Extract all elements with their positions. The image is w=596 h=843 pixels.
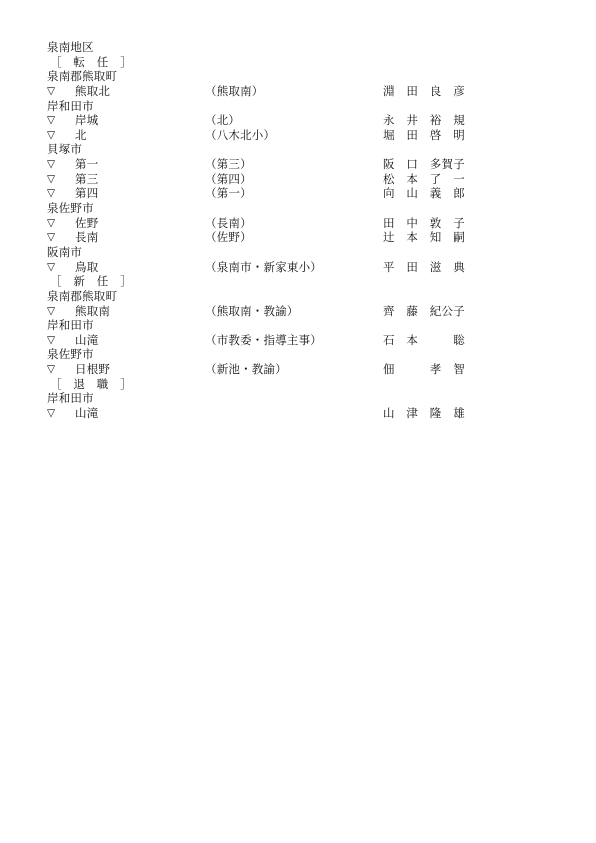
triangle-marker-icon: ▽ [47, 173, 55, 187]
section-heading: ［ 退 職 ］ [0, 378, 596, 393]
person-name: 松 本 了 一 [383, 173, 465, 187]
municipality-heading: 泉南地区 [0, 41, 596, 56]
triangle-marker-icon: ▽ [47, 129, 55, 143]
entry-row: ▽鳥取（泉南市・新家東小）平 田 滋 典 [0, 261, 596, 276]
person-name: 辻 本 知 嗣 [383, 231, 465, 245]
previous-post: （泉南市・新家東小） [205, 261, 322, 275]
previous-post: （第四） [205, 173, 252, 187]
entry-row: ▽北（八木北小）堀 田 啓 明 [0, 129, 596, 144]
section-heading: ［ 新 任 ］ [0, 275, 596, 290]
school-name: 第四 [75, 187, 98, 201]
previous-post: （佐野） [205, 231, 252, 245]
person-name: 齊 藤 紀公子 [383, 305, 465, 319]
previous-post: （第一） [205, 187, 252, 201]
person-name: 山 津 隆 雄 [383, 407, 465, 421]
school-name: 熊取北 [75, 85, 110, 99]
municipality-heading: 岸和田市 [0, 392, 596, 407]
entry-row: ▽山滝（市教委・指導主事）石 本 聡 [0, 334, 596, 349]
school-name: 日根野 [75, 363, 110, 377]
person-name: 堀 田 啓 明 [383, 129, 465, 143]
school-name: 山滝 [75, 407, 98, 421]
entry-row: ▽第三（第四）松 本 了 一 [0, 173, 596, 188]
entry-row: ▽第四（第一）向 山 義 郎 [0, 187, 596, 202]
triangle-marker-icon: ▽ [47, 158, 55, 172]
document-page: 泉南地区［ 転 任 ］泉南郡熊取町▽熊取北（熊取南）淵 田 良 彦岸和田市▽岸城… [0, 0, 596, 843]
person-name: 阪 口 多賀子 [383, 158, 465, 172]
person-name: 田 中 敦 子 [383, 217, 465, 231]
municipality-heading-label: 貝塚市 [47, 143, 82, 157]
municipality-heading: 阪南市 [0, 246, 596, 261]
municipality-heading: 岸和田市 [0, 319, 596, 334]
person-name: 向 山 義 郎 [383, 187, 465, 201]
municipality-heading-label: 泉南地区 [47, 41, 94, 55]
school-name: 山滝 [75, 334, 98, 348]
municipality-heading: 貝塚市 [0, 143, 596, 158]
municipality-heading: 泉佐野市 [0, 348, 596, 363]
previous-post: （新池・教諭） [205, 363, 287, 377]
triangle-marker-icon: ▽ [47, 231, 55, 245]
person-name: 佃 孝 智 [383, 363, 465, 377]
previous-post: （長南） [205, 217, 252, 231]
municipality-heading: 泉南郡熊取町 [0, 290, 596, 305]
school-name: 佐野 [75, 217, 98, 231]
municipality-heading-label: 泉南郡熊取町 [47, 290, 117, 304]
school-name: 岸城 [75, 114, 98, 128]
previous-post: （熊取南） [205, 85, 264, 99]
previous-post: （第三） [205, 158, 252, 172]
section-heading: ［ 転 任 ］ [0, 56, 596, 71]
personnel-change-list: 泉南地区［ 転 任 ］泉南郡熊取町▽熊取北（熊取南）淵 田 良 彦岸和田市▽岸城… [0, 41, 596, 422]
previous-post: （北） [205, 114, 240, 128]
triangle-marker-icon: ▽ [47, 187, 55, 201]
section-heading-label: ［ 退 職 ］ [50, 378, 132, 392]
triangle-marker-icon: ▽ [47, 85, 55, 99]
school-name: 長南 [75, 231, 98, 245]
triangle-marker-icon: ▽ [47, 334, 55, 348]
entry-row: ▽熊取南（熊取南・教諭）齊 藤 紀公子 [0, 305, 596, 320]
municipality-heading-label: 泉南郡熊取町 [47, 70, 117, 84]
school-name: 北 [75, 129, 87, 143]
municipality-heading: 泉南郡熊取町 [0, 70, 596, 85]
municipality-heading-label: 泉佐野市 [47, 348, 94, 362]
entry-row: ▽長南（佐野）辻 本 知 嗣 [0, 231, 596, 246]
person-name: 平 田 滋 典 [383, 261, 465, 275]
previous-post: （市教委・指導主事） [205, 334, 322, 348]
previous-post: （熊取南・教諭） [205, 305, 299, 319]
municipality-heading-label: 泉佐野市 [47, 202, 94, 216]
person-name: 淵 田 良 彦 [383, 85, 465, 99]
school-name: 鳥取 [75, 261, 98, 275]
entry-row: ▽佐野（長南）田 中 敦 子 [0, 217, 596, 232]
entry-row: ▽第一（第三）阪 口 多賀子 [0, 158, 596, 173]
triangle-marker-icon: ▽ [47, 261, 55, 275]
triangle-marker-icon: ▽ [47, 407, 55, 421]
section-heading-label: ［ 新 任 ］ [50, 275, 132, 289]
school-name: 熊取南 [75, 305, 110, 319]
triangle-marker-icon: ▽ [47, 305, 55, 319]
entry-row: ▽熊取北（熊取南）淵 田 良 彦 [0, 85, 596, 100]
person-name: 永 井 裕 規 [383, 114, 465, 128]
entry-row: ▽日根野（新池・教諭）佃 孝 智 [0, 363, 596, 378]
person-name: 石 本 聡 [383, 334, 465, 348]
previous-post: （八木北小） [205, 129, 275, 143]
municipality-heading: 岸和田市 [0, 100, 596, 115]
municipality-heading-label: 岸和田市 [47, 100, 94, 114]
municipality-heading-label: 阪南市 [47, 246, 82, 260]
municipality-heading-label: 岸和田市 [47, 319, 94, 333]
municipality-heading: 泉佐野市 [0, 202, 596, 217]
entry-row: ▽岸城（北）永 井 裕 規 [0, 114, 596, 129]
school-name: 第三 [75, 173, 98, 187]
triangle-marker-icon: ▽ [47, 363, 55, 377]
triangle-marker-icon: ▽ [47, 217, 55, 231]
section-heading-label: ［ 転 任 ］ [50, 56, 132, 70]
school-name: 第一 [75, 158, 98, 172]
municipality-heading-label: 岸和田市 [47, 392, 94, 406]
entry-row: ▽山滝山 津 隆 雄 [0, 407, 596, 422]
triangle-marker-icon: ▽ [47, 114, 55, 128]
